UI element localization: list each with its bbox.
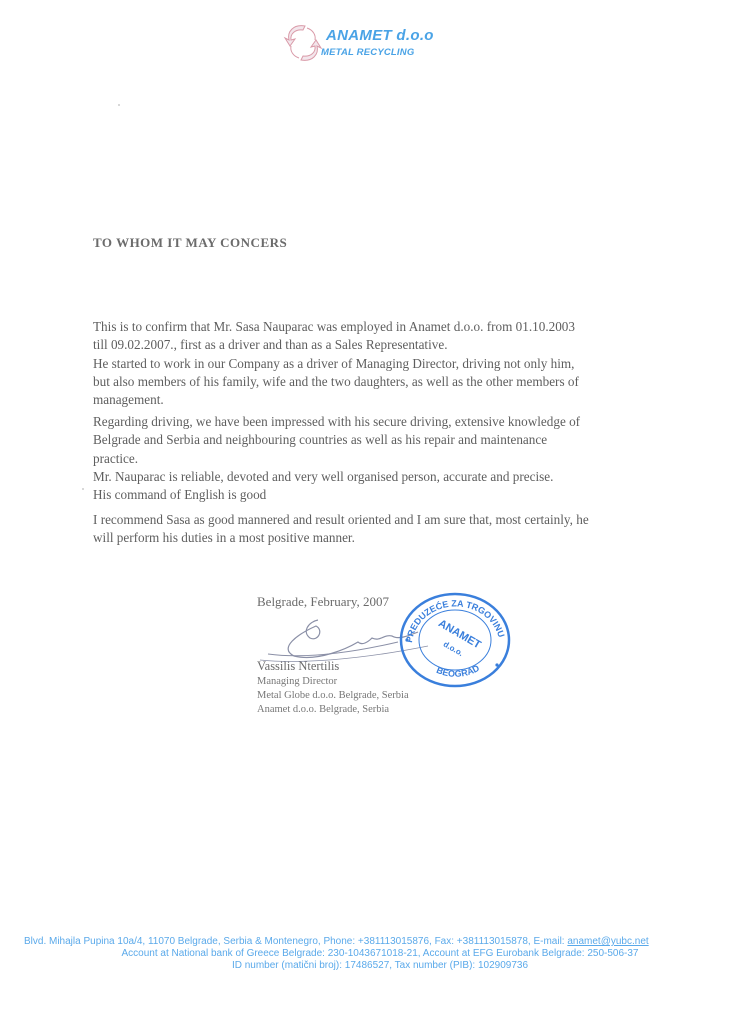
body-line: management. [93,391,653,409]
footer-bank-accounts: Account at National bank of Greece Belgr… [0,948,730,959]
body-line: This is to confirm that Mr. Sasa Naupara… [93,318,653,336]
paragraph-recommendation: I recommend Sasa as good mannered and re… [93,511,653,548]
footer-address: Blvd. Mihajla Pupina 10a/4, 11070 Belgra… [24,936,649,947]
body-line: but also members of his family, wife and… [93,373,653,391]
footer-address-text: Blvd. Mihajla Pupina 10a/4, 11070 Belgra… [24,936,567,947]
place-date: Belgrade, February, 2007 [257,594,389,610]
body-line: Regarding driving, we have been impresse… [93,413,653,431]
company-tagline: METAL RECYCLING [321,47,414,58]
letterhead-logo: ANAMET d.o.o METAL RECYCLING [283,22,463,64]
body-line: till 09.02.2007., first as a driver and … [93,336,653,354]
body-line: practice. [93,450,653,468]
scan-speck [118,104,120,106]
body-line: Belgrade and Serbia and neighbouring cou… [93,431,653,449]
body-line: Mr. Nauparac is reliable, devoted and ve… [93,468,653,486]
recycle-arrows-icon [283,22,323,64]
letter-heading: TO WHOM IT MAY CONCERS [93,235,287,251]
company-stamp: PREDUZEĆE ZA TRGOVINU BEOGRAD ANAMET d.o… [398,591,512,689]
footer-registration: ID number (matični broj): 17486527, Tax … [0,960,730,971]
body-line: He started to work in our Company as a d… [93,355,653,373]
signatory-name: Vassilis Ntertilis [257,659,339,674]
body-line: I recommend Sasa as good mannered and re… [93,511,653,529]
signatory-affiliation: Anamet d.o.o. Belgrade, Serbia [257,704,389,715]
signatory-title: Managing Director [257,676,337,687]
footer-email-link[interactable]: anamet@yubc.net [567,936,648,947]
body-line: will perform his duties in a most positi… [93,529,653,547]
signatory-affiliation: Metal Globe d.o.o. Belgrade, Serbia [257,690,409,701]
body-line: His command of English is good [93,486,653,504]
paragraph-driving: Regarding driving, we have been impresse… [93,413,653,504]
scan-speck [82,488,84,490]
company-name: ANAMET d.o.o [326,27,434,44]
stamp-bottom-text: BEOGRAD [435,663,482,679]
stamp-center-sub: d.o.o. [442,640,465,658]
paragraph-employment: This is to confirm that Mr. Sasa Naupara… [93,318,653,409]
